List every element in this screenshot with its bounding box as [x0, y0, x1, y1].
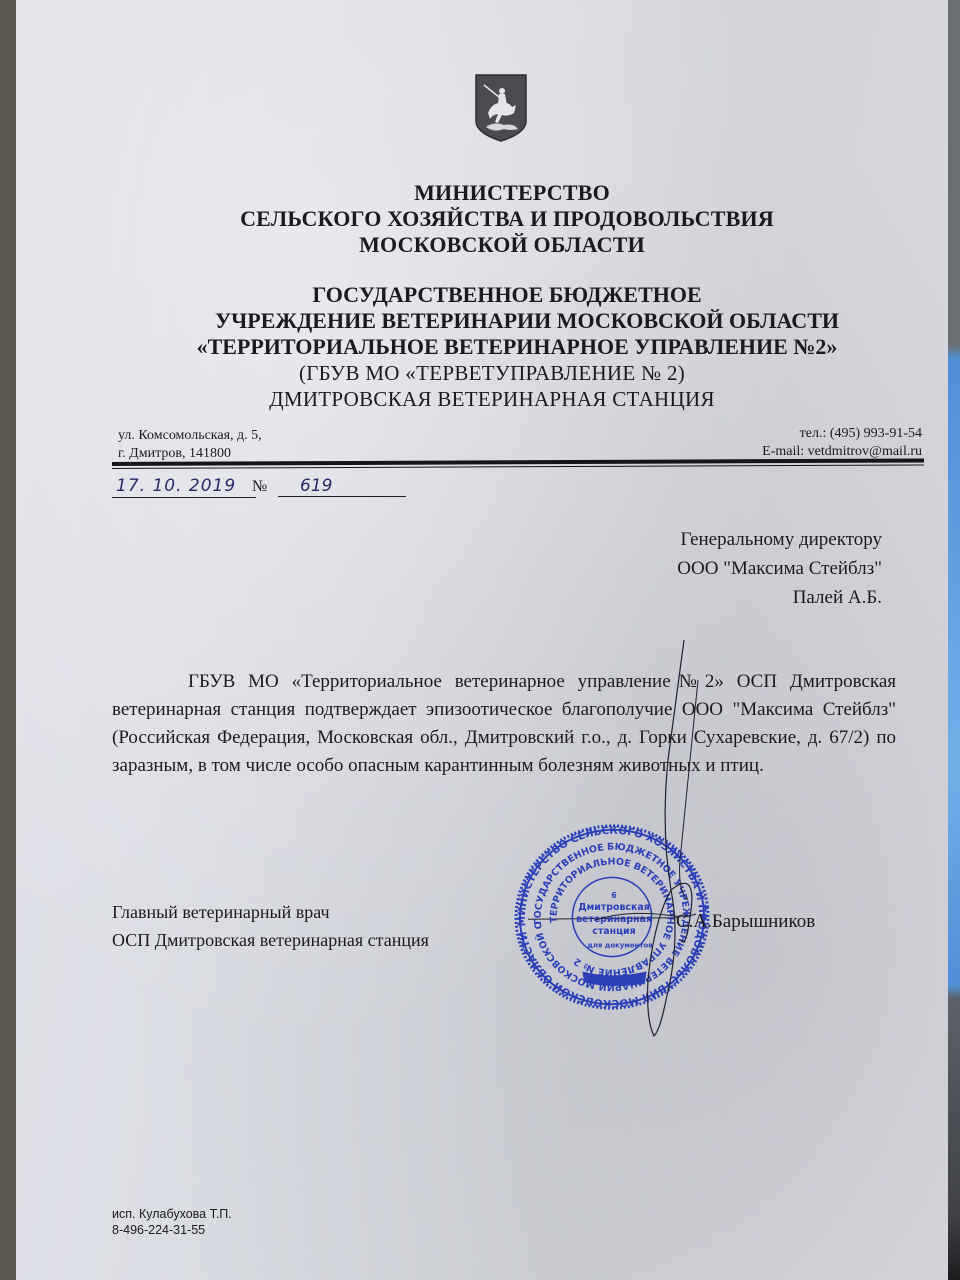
signatory-title-line: ОСП Дмитровская ветеринарная станция — [112, 926, 429, 954]
institution-line: УЧРЕЖДЕНИЕ ВЕТЕРИНАРИИ МОСКОВСКОЙ ОБЛАСТ… — [16, 308, 948, 334]
addressee-line: Генеральному директору — [677, 525, 882, 554]
addressee-line: ООО "Максима Стейблз" — [677, 554, 882, 583]
institution-line: (ГБУВ МО «ТЕРВЕТУПРАВЛЕНИЕ № 2) — [16, 360, 948, 386]
institution-line: «ТЕРРИТОРИАЛЬНОЕ ВЕТЕРИНАРНОЕ УПРАВЛЕНИЕ… — [16, 334, 948, 360]
addressee-line: Палей А.Б. — [677, 583, 882, 612]
signatory-name: С.А.Барышников — [676, 911, 815, 933]
registration-number-label: № — [252, 478, 267, 496]
addressee-block: Генеральному директору ООО "Максима Стей… — [677, 525, 882, 612]
institution-header: ГОСУДАРСТВЕННОЕ БЮДЖЕТНОЕ УЧРЕЖДЕНИЕ ВЕТ… — [16, 282, 948, 412]
coat-of-arms-icon — [474, 73, 528, 143]
executor-phone: 8-496-224-31-55 — [112, 1222, 232, 1238]
institution-line: ДМИТРОВСКАЯ ВЕТЕРИНАРНАЯ СТАНЦИЯ — [16, 386, 948, 412]
ministry-line: МИНИСТЕРСТВО — [16, 180, 948, 206]
registration-number: 619 — [278, 476, 406, 497]
ministry-line: МОСКОВСКОЙ ОБЛАСТИ — [16, 232, 948, 258]
address-street: ул. Комсомольская, д. 5, — [118, 427, 262, 445]
executor-name: исп. Кулабухова Т.П. — [112, 1206, 232, 1222]
contact-phone: тел.: (495) 993-91-54 — [762, 425, 922, 443]
institution-line: ГОСУДАРСТВЕННОЕ БЮДЖЕТНОЕ — [16, 282, 948, 308]
background-surface — [948, 0, 960, 1280]
address-city: г. Дмитров, 141800 — [118, 445, 262, 463]
postal-address: ул. Комсомольская, д. 5, г. Дмитров, 141… — [118, 427, 262, 463]
contact-info: тел.: (495) 993-91-54 E-mail: vetdmitrov… — [762, 425, 922, 461]
letter-body: ГБУВ МО «Территориальное ветеринарное уп… — [112, 668, 896, 780]
handwritten-signature — [576, 640, 726, 1040]
registration-date: 17. 10. 2019 — [112, 476, 256, 498]
signatory-title: Главный ветеринарный врач ОСП Дмитровска… — [112, 898, 429, 954]
signatory-title-line: Главный ветеринарный врач — [112, 898, 429, 926]
executor-info: исп. Кулабухова Т.П. 8-496-224-31-55 — [112, 1206, 232, 1238]
document-page: МИНИСТЕРСТВО СЕЛЬСКОГО ХОЗЯЙСТВА И ПРОДО… — [16, 0, 948, 1280]
ministry-line: СЕЛЬСКОГО ХОЗЯЙСТВА И ПРОДОВОЛЬСТВИЯ — [16, 206, 948, 232]
ministry-header: МИНИСТЕРСТВО СЕЛЬСКОГО ХОЗЯЙСТВА И ПРОДО… — [16, 180, 948, 258]
